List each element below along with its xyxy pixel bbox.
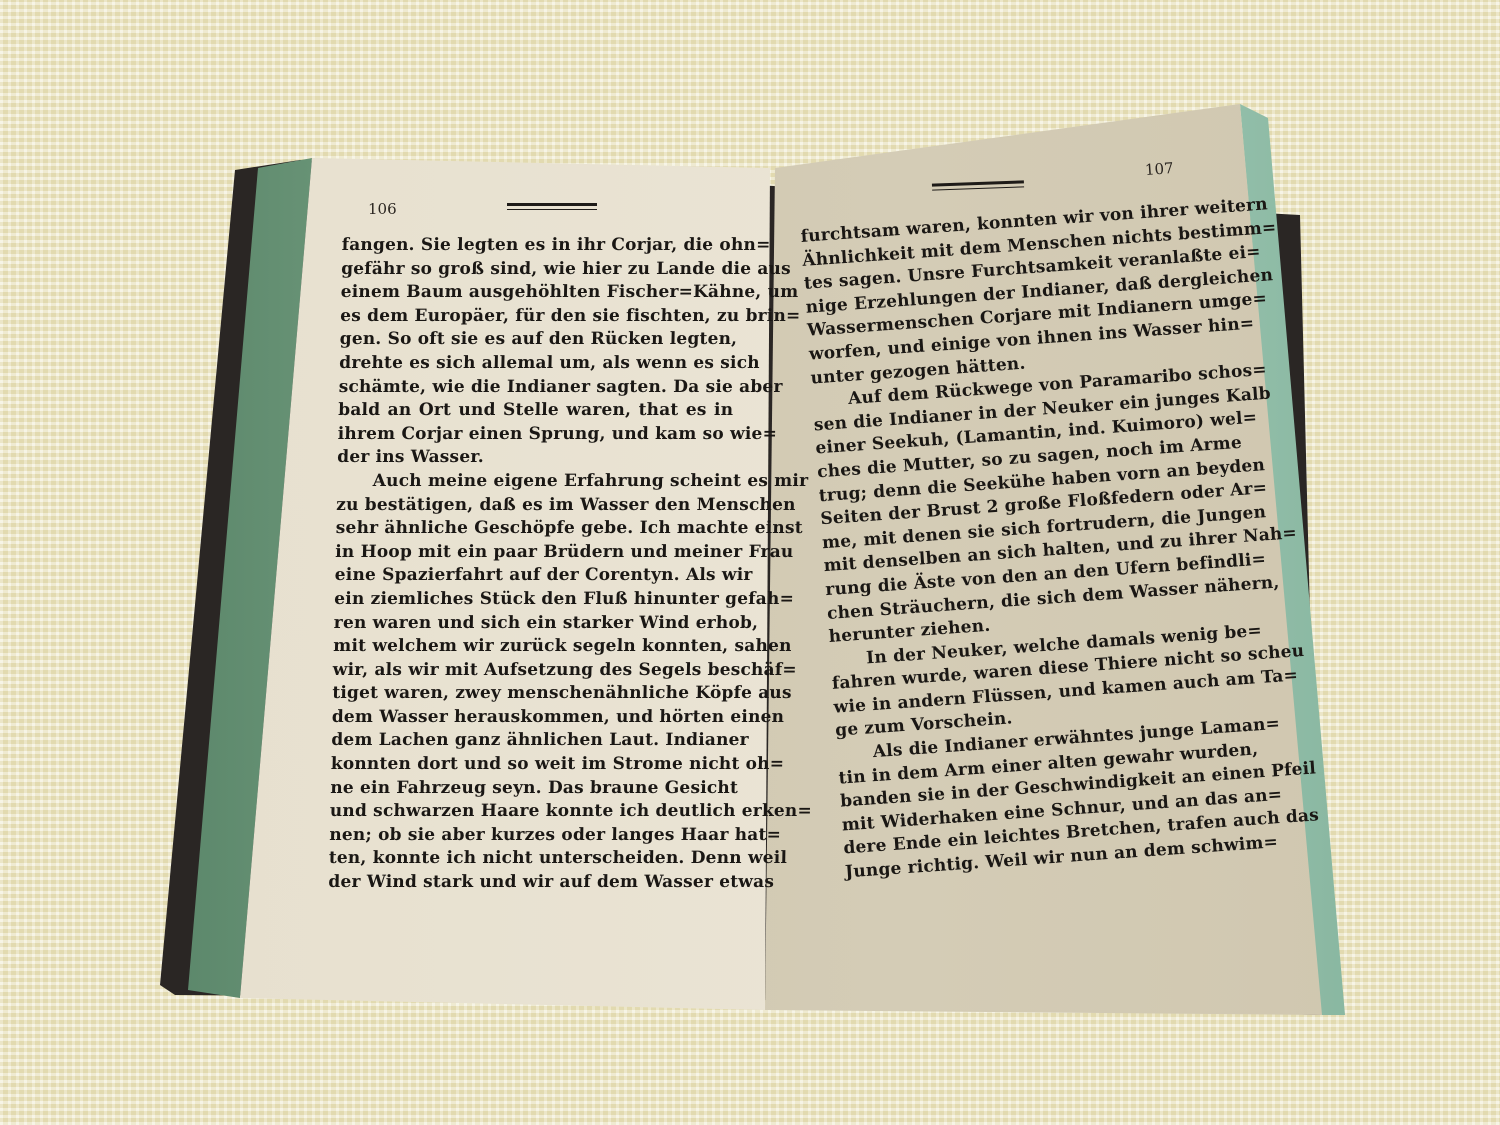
text-line: zu bestätigen, daß es im Wasser den Mens… xyxy=(336,494,731,518)
text-line: ren waren und sich ein starker Wind erho… xyxy=(334,612,729,636)
text-line: ne ein Fahrzeug seyn. Das braune Gesicht xyxy=(330,777,725,801)
text-line: ein ziemliches Stück den Fluß hinunter g… xyxy=(334,588,729,612)
text-line: wir, als wir mit Aufsetzung des Segels b… xyxy=(333,659,728,683)
text-line: der ins Wasser. xyxy=(337,446,732,470)
text-line: schämte, wie die Indianer sagten. Da sie… xyxy=(338,376,733,400)
text-line: es dem Europäer, für den sie fischten, z… xyxy=(340,305,735,329)
text-line: gefähr so groß sind, wie hier zu Lande d… xyxy=(341,258,736,282)
text-line: konnten dort und so weit im Strome nicht… xyxy=(331,753,726,777)
text-line: drehte es sich allemal um, als wenn es s… xyxy=(339,352,734,376)
left-page-text: fangen. Sie legten es in ihr Corjar, die… xyxy=(328,234,737,895)
text-line: eine Spazierfahrt auf der Corentyn. Als … xyxy=(335,564,730,588)
left-page-number: 106 xyxy=(368,200,397,218)
right-page-text: furchtsam waren, konnten wir von ihrer w… xyxy=(800,198,1245,885)
text-line: tiget waren, zwey menschenähnliche Köpfe… xyxy=(332,682,727,706)
text-line: Auch meine eigene Erfahrung scheint es m… xyxy=(336,470,731,494)
text-line: gen. So oft sie es auf den Rücken legten… xyxy=(339,328,734,352)
text-line: bald an Ort und Stelle waren, that es in xyxy=(338,399,733,423)
text-line: nen; ob sie aber kurzes oder langes Haar… xyxy=(329,824,724,848)
text-line: ihrem Corjar einen Sprung, und kam so wi… xyxy=(337,423,732,447)
text-line: fangen. Sie legten es in ihr Corjar, die… xyxy=(341,234,736,258)
text-line: in Hoop mit ein paar Brüdern und meiner … xyxy=(335,541,730,565)
left-header-rule xyxy=(507,203,597,210)
text-line: einem Baum ausgehöhlten Fischer=Kähne, u… xyxy=(340,281,735,305)
text-line: sehr ähnliche Geschöpfe gebe. Ich machte… xyxy=(335,517,730,541)
text-line: ten, konnte ich nicht unterscheiden. Den… xyxy=(329,847,724,871)
text-line: mit welchem wir zurück segeln konnten, s… xyxy=(333,635,728,659)
text-line: der Wind stark und wir auf dem Wasser et… xyxy=(328,871,723,895)
open-book: 106 107 fangen. Sie legten es in ihr Cor… xyxy=(0,0,1500,1125)
text-line: und schwarzen Haare konnte ich deutlich … xyxy=(330,800,725,824)
right-page-number: 107 xyxy=(1144,159,1174,179)
text-line: dem Wasser herauskommen, und hörten eine… xyxy=(332,706,727,730)
text-line: dem Lachen ganz ähnlichen Laut. Indianer xyxy=(331,729,726,753)
